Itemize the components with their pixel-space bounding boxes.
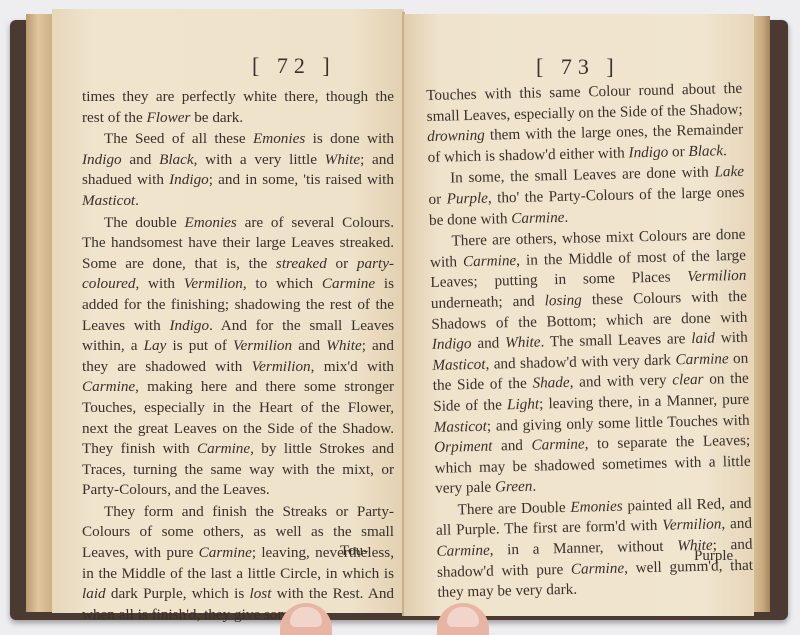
catchword: Tou- <box>340 543 368 560</box>
paragraph: They form and finish the Streaks or Part… <box>82 502 394 626</box>
paragraph: times they are perfectly white there, th… <box>82 87 394 128</box>
paragraph: In some, the small Leaves are done with … <box>428 162 745 231</box>
right-page: [ 73 ] Touches with this same Colour rou… <box>404 14 754 616</box>
page-text: Touches with this same Colour round abou… <box>426 79 754 604</box>
left-page: [ 72 ] times they are perfectly white th… <box>52 9 404 613</box>
page-number: [ 72 ] <box>252 53 336 79</box>
paragraph: Touches with this same Colour round abou… <box>426 79 744 169</box>
page-number: [ 73 ] <box>536 54 620 80</box>
page-edges-right <box>752 16 770 612</box>
catchword: Purple <box>694 548 733 565</box>
paragraph: The double Emonies are of several Colour… <box>82 213 394 501</box>
paragraph: The Seed of all these Emonies is done wi… <box>82 129 394 211</box>
paragraph: There are others, whose mixt Colours are… <box>429 225 751 500</box>
